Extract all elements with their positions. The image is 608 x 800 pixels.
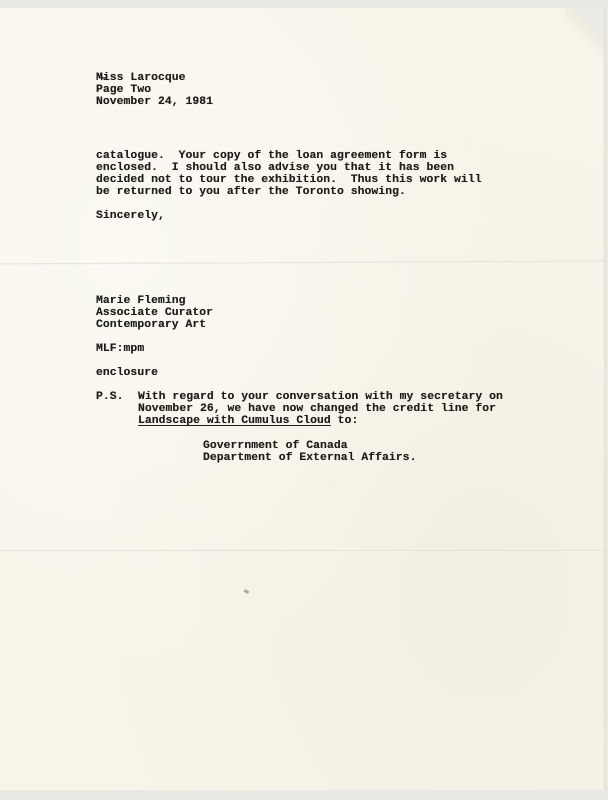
body-line: decided not to tour the exhibition. Thus… <box>96 174 482 186</box>
credit-line: Goverrnment of Canada <box>203 440 348 452</box>
postscript-line: With regard to your conversation with my… <box>138 391 503 403</box>
paper-fold-line <box>0 261 604 266</box>
closing: Sincerely, <box>96 210 165 222</box>
page-corner-fold <box>564 8 604 58</box>
postscript-label: P.S. <box>96 391 124 403</box>
postscript-title-suffix: to: <box>331 415 359 427</box>
signatory-title: Associate Curator <box>96 307 213 319</box>
artwork-title: Landscape with Cumulus Cloud <box>138 415 331 427</box>
body-line: be returned to you after the Toronto sho… <box>96 186 406 198</box>
credit-line: Department of External Affairs. <box>203 452 416 464</box>
recipient-line: M̶iss Larocque <box>96 72 186 84</box>
enclosure-note: enclosure <box>96 367 158 379</box>
paper-speck <box>244 589 250 594</box>
postscript-title-line: Landscape with Cumulus Cloud to: <box>138 415 358 427</box>
page-number-line: Page Two <box>96 84 151 96</box>
reference-initials: MLF:mpm <box>96 343 144 355</box>
date-line: November 24, 1981 <box>96 96 213 108</box>
signatory-department: Contemporary Art <box>96 319 206 331</box>
signatory-name: Marie Fleming <box>96 295 186 307</box>
postscript-line: November 26, we have now changed the cre… <box>138 403 496 415</box>
body-line: enclosed. I should also advise you that … <box>96 162 454 174</box>
body-line: catalogue. Your copy of the loan agreeme… <box>96 150 447 162</box>
paper-fold-line <box>0 550 604 552</box>
